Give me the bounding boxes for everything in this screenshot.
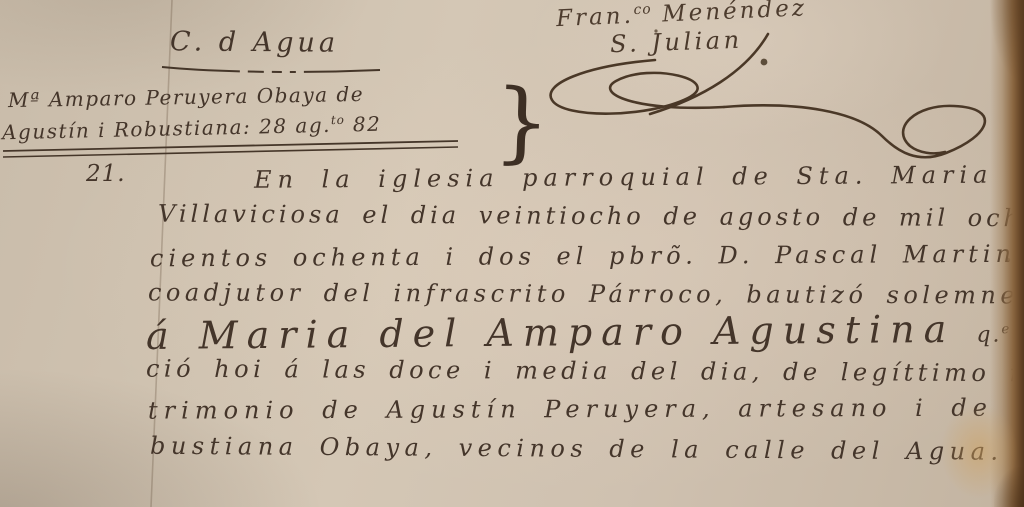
margin-note-brace: } (492, 69, 552, 174)
signature-name-rest: Menéndez (651, 0, 807, 28)
body-line-3: cientos ochenta i dos el pbrõ. D. Pascal… (150, 240, 1024, 273)
margin-note-year: 82 (345, 112, 382, 137)
signature-name-superscript: co (633, 1, 652, 18)
header-underline (162, 67, 380, 72)
margin-underline-2 (3, 147, 458, 157)
margin-note-line2-text: Agustín i Robustiana: 28 ag. (2, 113, 331, 144)
section-header: C. d Agua (170, 26, 339, 58)
margin-note-line1: Mª Amparo Peruyera Obaya de (8, 82, 364, 112)
body-line-5: á Maria del Amparo Agustina q.e na- (146, 306, 1024, 358)
margin-note-superscript: to (331, 113, 345, 127)
body-line-8: bustiana Obaya, vecinos de la calle del … (150, 432, 1024, 467)
manuscript-page: Fran.co Menéndez S. Julian C. d Agua Mª … (0, 0, 1024, 507)
body-line-4: coadjutor del infrascrito Párroco, bauti… (148, 278, 1024, 309)
margin-note-line2: Agustín i Robustiana: 28 ag.to 82 (2, 112, 382, 145)
signature-name-text: Fran. (556, 3, 635, 32)
corner-stain (994, 467, 1024, 507)
body-line-1: En la iglesia parroquial de Sta. Maria d… (254, 160, 1024, 194)
body-line-2: Villaviciosa el dia veintiocho de agosto… (158, 200, 1024, 233)
body-line-4-text: coadjutor del infrascrito Párroco, bauti… (148, 278, 1024, 309)
page-edge-shadow (978, 0, 1024, 120)
signature-place: S. Julian (610, 26, 743, 59)
baptized-name-text: á Maria del Amparo Agustina (146, 307, 977, 358)
body-line-7: trimonio de Agustín Peruyera, artesano i… (148, 393, 1024, 424)
ink-spot (761, 59, 768, 66)
entry-number: 21. (86, 161, 126, 187)
body-line-6: ció hoi á las doce i media del dia, de l… (146, 355, 1024, 388)
